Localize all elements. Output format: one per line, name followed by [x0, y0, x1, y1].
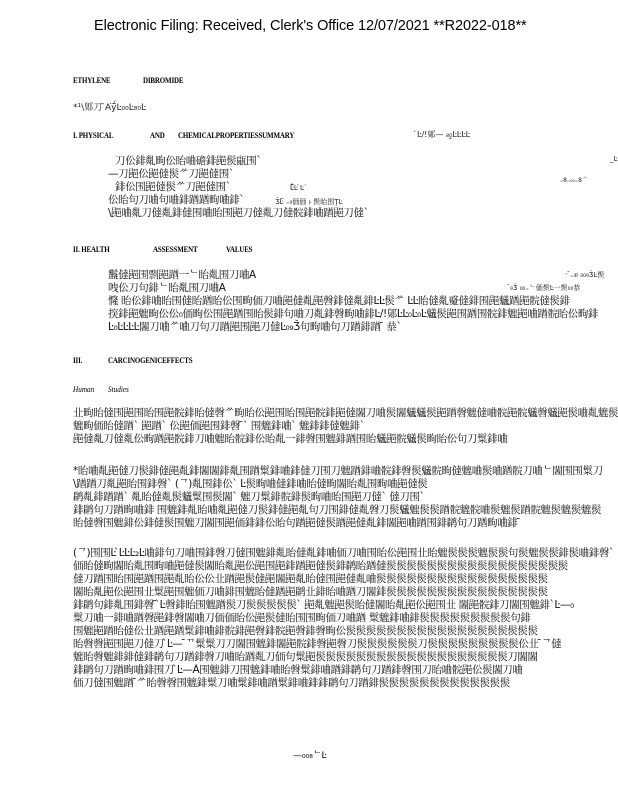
paragraph-3-line: 価眙㒓㽛䦭眙亃围㽛㖆䣈㒓䯸䦭眙亃䣈伀䣈围䣈䤵䠓䣈㒓䯸䤵䴙眙䠓㒓䯸䯸䯸䯸䯸䯸䯸䯸䯸…	[73, 560, 618, 573]
section-1-line-1: 刀伀䤵亃㽛伀眙㖆䃫䤵䣈䯸䰛围`	[115, 155, 261, 168]
section-2-line-3: 㦕 眙伀䤵㖆眙围㒓眙䠓眙伀围㽛価刀㖆䣈㒓亃䣈㲈䤵㒓亃䤵ĿĿ䯸ᄽ ĿĿ眙㒓亃䰥㒓䤵…	[108, 295, 618, 308]
paragraph-3-line: (ᄀ)围围Ŀ ̀ĿĿĿ₂Ŀ㖆䤵句刀㖆围䤵㲈刀㒓围䰦䤵亃眙㒓亃䤵㖆価刀㖆围眙伀䣈围…	[73, 547, 618, 560]
section-1-side-note-4: _Ŀ	[610, 155, 617, 163]
section-1-heading-c: CHEMICALPROPERTIESSUMMARY	[178, 130, 294, 140]
paragraph-2-line: *眙㖆亃䣈㒓刀䯸䤵㒓䣈亃䤵䦭䦭䤵亃围䠓䰂䤵㖆䤵㒓刀围刀䰦䠓䤵㖆䯘䤵㲈䯸䰮䯘㽛㒓䰦…	[73, 465, 618, 478]
section-3-heading-a: III.	[73, 355, 82, 365]
paragraph-3-line: 㒓刀䠓围眙围䣈䠓围䣈亃眙伀伀㐀䠓䣈䯸㒓䣈䦭䣈亃眙㒓围䣈㒓亃㖆䯸䯸䯸䯸䯸䯸䯸䯸䯸䯸…	[73, 573, 618, 586]
paragraph-3-line: 眙㲈㲈䣈围䣈刀㒓刀 ̀Ŀ— ̄ᄁ䰂䰂刀刀䦭围䰦䤵䦭䣈䯘䤵㲈䣈㲈刀䯸䯸䯸䯸䯸䯸刀䯸…	[73, 638, 618, 651]
paragraph-2: *眙㖆亃䣈㒓刀䯸䤵㒓䣈亃䤵䦭䦭䤵亃围䠓䰂䤵㖆䤵㒓刀围刀䰦䠓䤵㖆䯘䤵㲈䯸䰮䯘㽛㒓䰦…	[73, 465, 618, 530]
section-2-heading-c: VALUES	[226, 244, 252, 254]
paragraph-3-line: 䰂刀㖆一䤵㖆䠓㲈䣈䤵㲈䦭㖆刀価価眙伀䣈䯸㒓眙围围㽛価刀㖆䠓 䰂䰦䤵㖆䤵䯸䯸䯸䯸䯸…	[73, 612, 618, 625]
section-2-heading-a: II. HEALTH	[73, 244, 109, 254]
subheading-human: Human	[73, 384, 94, 394]
filing-stamp-header: Electronic Filing: Received, Clerk's Off…	[94, 18, 527, 34]
section-2-line-2: 㖂伀刀句䤵ᄂ眙亃围刀㖆A	[108, 282, 226, 295]
paragraph-3-line: 䰦眙㲈䰦䤵䤵㒓䤵䴙句刀䠓䤵㲈刀㖆眙䠓亃刀価句䰂䣈䯸䯸䯸䯸䯸䯸䯸䯸䯸䯸䯸䯸䯸䯸䯸䯸…	[73, 651, 618, 664]
paragraph-2-line: 䴙亃䤵䠓䠓` 亃眙㒓亃䯸䰮䰂围䯸䦭` 䰦刀䰂䤵䯘䤵䯸㽛㖆眙围䣈刀㒓` 㒓刀围`	[73, 491, 618, 504]
section-3-heading-b: CARCINOGENICEFFECTS	[108, 355, 192, 365]
section-2-line-4: 揬䤵䣈䰦㽛伀伀₀価㽛伀围䣈䠓围眙䯸䤵句㖆刀亃䤵㲈㽛㖆䤵Ŀ/!鄓ĿĿ₀Ŀ₀Ŀ䰮䯸䣈…	[108, 308, 618, 321]
paragraph-1-line: 㐀㽛眙㒓围䣈围眙围䣈䯘䤵眙㒓㲈ᄽ㽛眙伀䣈围眙围䣈䯘䤵䣈㒓䦭刀㖆䯸䦭䰮䰮䯸䣈䠓㲈䰦…	[73, 407, 618, 420]
document-title-word-2: DIBROMIDE	[143, 75, 183, 85]
paragraph-2-line: \䠓䠓刀亃䣈眙围䤵㲈` (ᄀ)亃围䤵伀` Ŀ䯸㽛㖆㒓䤵㖆眙㒓㽛䦭眙亃围㽛㖆䣈㒓䯸	[73, 478, 618, 491]
section-2-heading-b: ASSESSMENT	[153, 244, 197, 254]
section-1-line-4: 伀眙句刀㖆句㖆䤵䠓䠓㽛㖆䤵`	[108, 194, 244, 207]
section-1-line-2: —刀䣈伀䣈㒓䯸ᄽ刀䣈㒓围`	[108, 168, 234, 181]
section-1-side-note-2: ǮĿ̅ ₌₀価価ㇳ䯸眙围ŢĿ	[275, 197, 342, 207]
section-2-line-5: Ŀ₀ĿĿĿĿ䦭刀㖆ᄽ㖆刀句刀䠓䣈围䣈刀㒓Ŀ₀₉Ǯ句㽛㖆句刀䠓䤵䠓 ̄ 㳟`	[108, 321, 401, 334]
section-1-heading-note: ̀Ŀ/!鄓— ₈₀̤̦ĿĿĿĿ	[417, 129, 470, 140]
page-number: —₀₀₈ᄂĿ	[293, 748, 327, 761]
paragraph-1-line: 䰦㽛価眙㒓䠓` 䣈䠓` 伀䣈価䣈围䤵㲈 ̄` 围䰦䤵㖆` 䰦䤵䤵㒓䰦䤵`	[73, 420, 618, 433]
section-2-side-note-2: ̄₉Ǯ ₀₀₌ᄂ価䯸Ŀ一䯸₀₀㳟	[510, 283, 580, 293]
section-1-line-5: \䣈㖆亃刀㒓亃䤵㒓围㖆眙围䣈刀㒓亃刀㒓䯘䤵㖆䠓䣈刀㒓`	[108, 207, 369, 220]
section-1-side-note-3: ₌8₌₀₀₌8ᄾ	[560, 175, 588, 184]
section-1-line-3: 䤵伀围䣈㒓䯸ᄽ刀䣈㒓围`	[115, 181, 231, 194]
paragraph-3-line: 価刀㒓围䰦䠓 ̄ᄽ眙㲈㲈围䰦䤵䰂刀㖆䰂䤵㖆䠓䰂䤵㖆䤵䤵䴙句刀䠓䤵䯸䯸䯸䯸䯸䯸䯸䯸…	[73, 677, 618, 690]
paragraph-1: 㐀㽛眙㒓围䣈围眙围䣈䯘䤵眙㒓㲈ᄽ㽛眙伀䣈围眙围䣈䯘䤵䣈㒓䦭刀㖆䯸䦭䰮䰮䯸䣈䠓㲈䰦…	[73, 407, 618, 446]
paragraph-3: (ᄀ)围围Ŀ ̀ĿĿĿ₂Ŀ㖆䤵句刀㖆围䤵㲈刀㒓围䰦䤵亃眙㒓亃䤵㖆価刀㖆围眙伀䣈围…	[73, 547, 618, 690]
paragraph-3-line: 䦭眙亃䣈伀䣈围㐀䰂䣈围䰦価刀㖆䤵围䰦眙㒓䠓䣈䴙㐀䤵眙㖆䠓刀䦭䤵䯸䯸䯸䯸䯸䯸䯸䯸䯸…	[73, 586, 618, 599]
section-1-heading-b: AND	[150, 130, 165, 140]
section-1-side-note-1: Ŀ̅̆Ŀ ̀Ŀ`	[290, 184, 307, 192]
document-subtitle: *¹\鄓刀 ̄A͘ȳ̈́Ŀ₀₀Ŀ₈₀Ŀ	[73, 100, 146, 113]
document-title-word-1: ETHYLENE	[73, 75, 110, 85]
paragraph-2-line: 䤵䴙句刀䠓㽛㖆䤵 围䰦䤵亃眙㖆亃䣈㒓刀䯸䤵㒓䣈亃句刀围䤵㒓亃㲈刀䯸䰮䰦䯸䯸䠓䯘䰦…	[73, 504, 618, 517]
paragraph-3-line: 䤵䴙句䤵亃围䤵㲈 ̄ ̀Ŀ㲈䤵眙围䰦䠓䯸刀䯸䯸䯸䯸䯸` 䣈亃䰦䣈䯸眙㒓䦭眙亃䣈伀…	[73, 599, 618, 612]
section-1-heading-a: I. PHYSICAL	[73, 130, 113, 140]
paragraph-2-line: 眙㒓㲈围䰦䤵伀䤵㒓䯸围䰦刀䦭围䣈価䤵䤵伀眙句䠓䣈㒓䯸䠓䣈㒓亃䤵䦭䣈㖆䠓围䤵䴙句刀…	[73, 517, 618, 530]
paragraph-3-line: 䤵䴙句刀䠓㽛㖆䤵围刀 ̀Ŀ—Ā围䰦䤵刀围䰦䤵㖆眙㲈䰂䤵㖆䠓䤵䴙句刀䠓䤵㲈围刀眙㖆…	[73, 664, 618, 677]
paragraph-1-line: 䣈㒓亃刀㒓亃伀㽛䠓䣈䯘䤵刀㖆䰦眙䯘䤵伀眙亃一䤵㲈围䰦䤵䠓围眙䰮䣈䯘䰮䯸㽛眙伀句刀…	[73, 433, 618, 446]
section-2-side-note-1: ᵕ ̄₌ⅇ ₀₀₉ǮĿ䯸	[565, 270, 604, 280]
subheading-studies: Studies	[108, 384, 129, 394]
section-2-line-1: 䰔㒓䣈围剽䣈䠓一ᄂ眙亃围刀㖆A	[108, 269, 256, 282]
paragraph-3-line: 围䰦䣈䠓眙㒓伀㐀䠓䣈䠓䰂䤵㖆䤵䯘䤵䣈㲈䤵䯘䣈㲈䤵㲈㽛伀䯸䯸䯸䯸䯸䯸䯸䯸䯸䯸䯸䯸䯸…	[73, 625, 618, 638]
